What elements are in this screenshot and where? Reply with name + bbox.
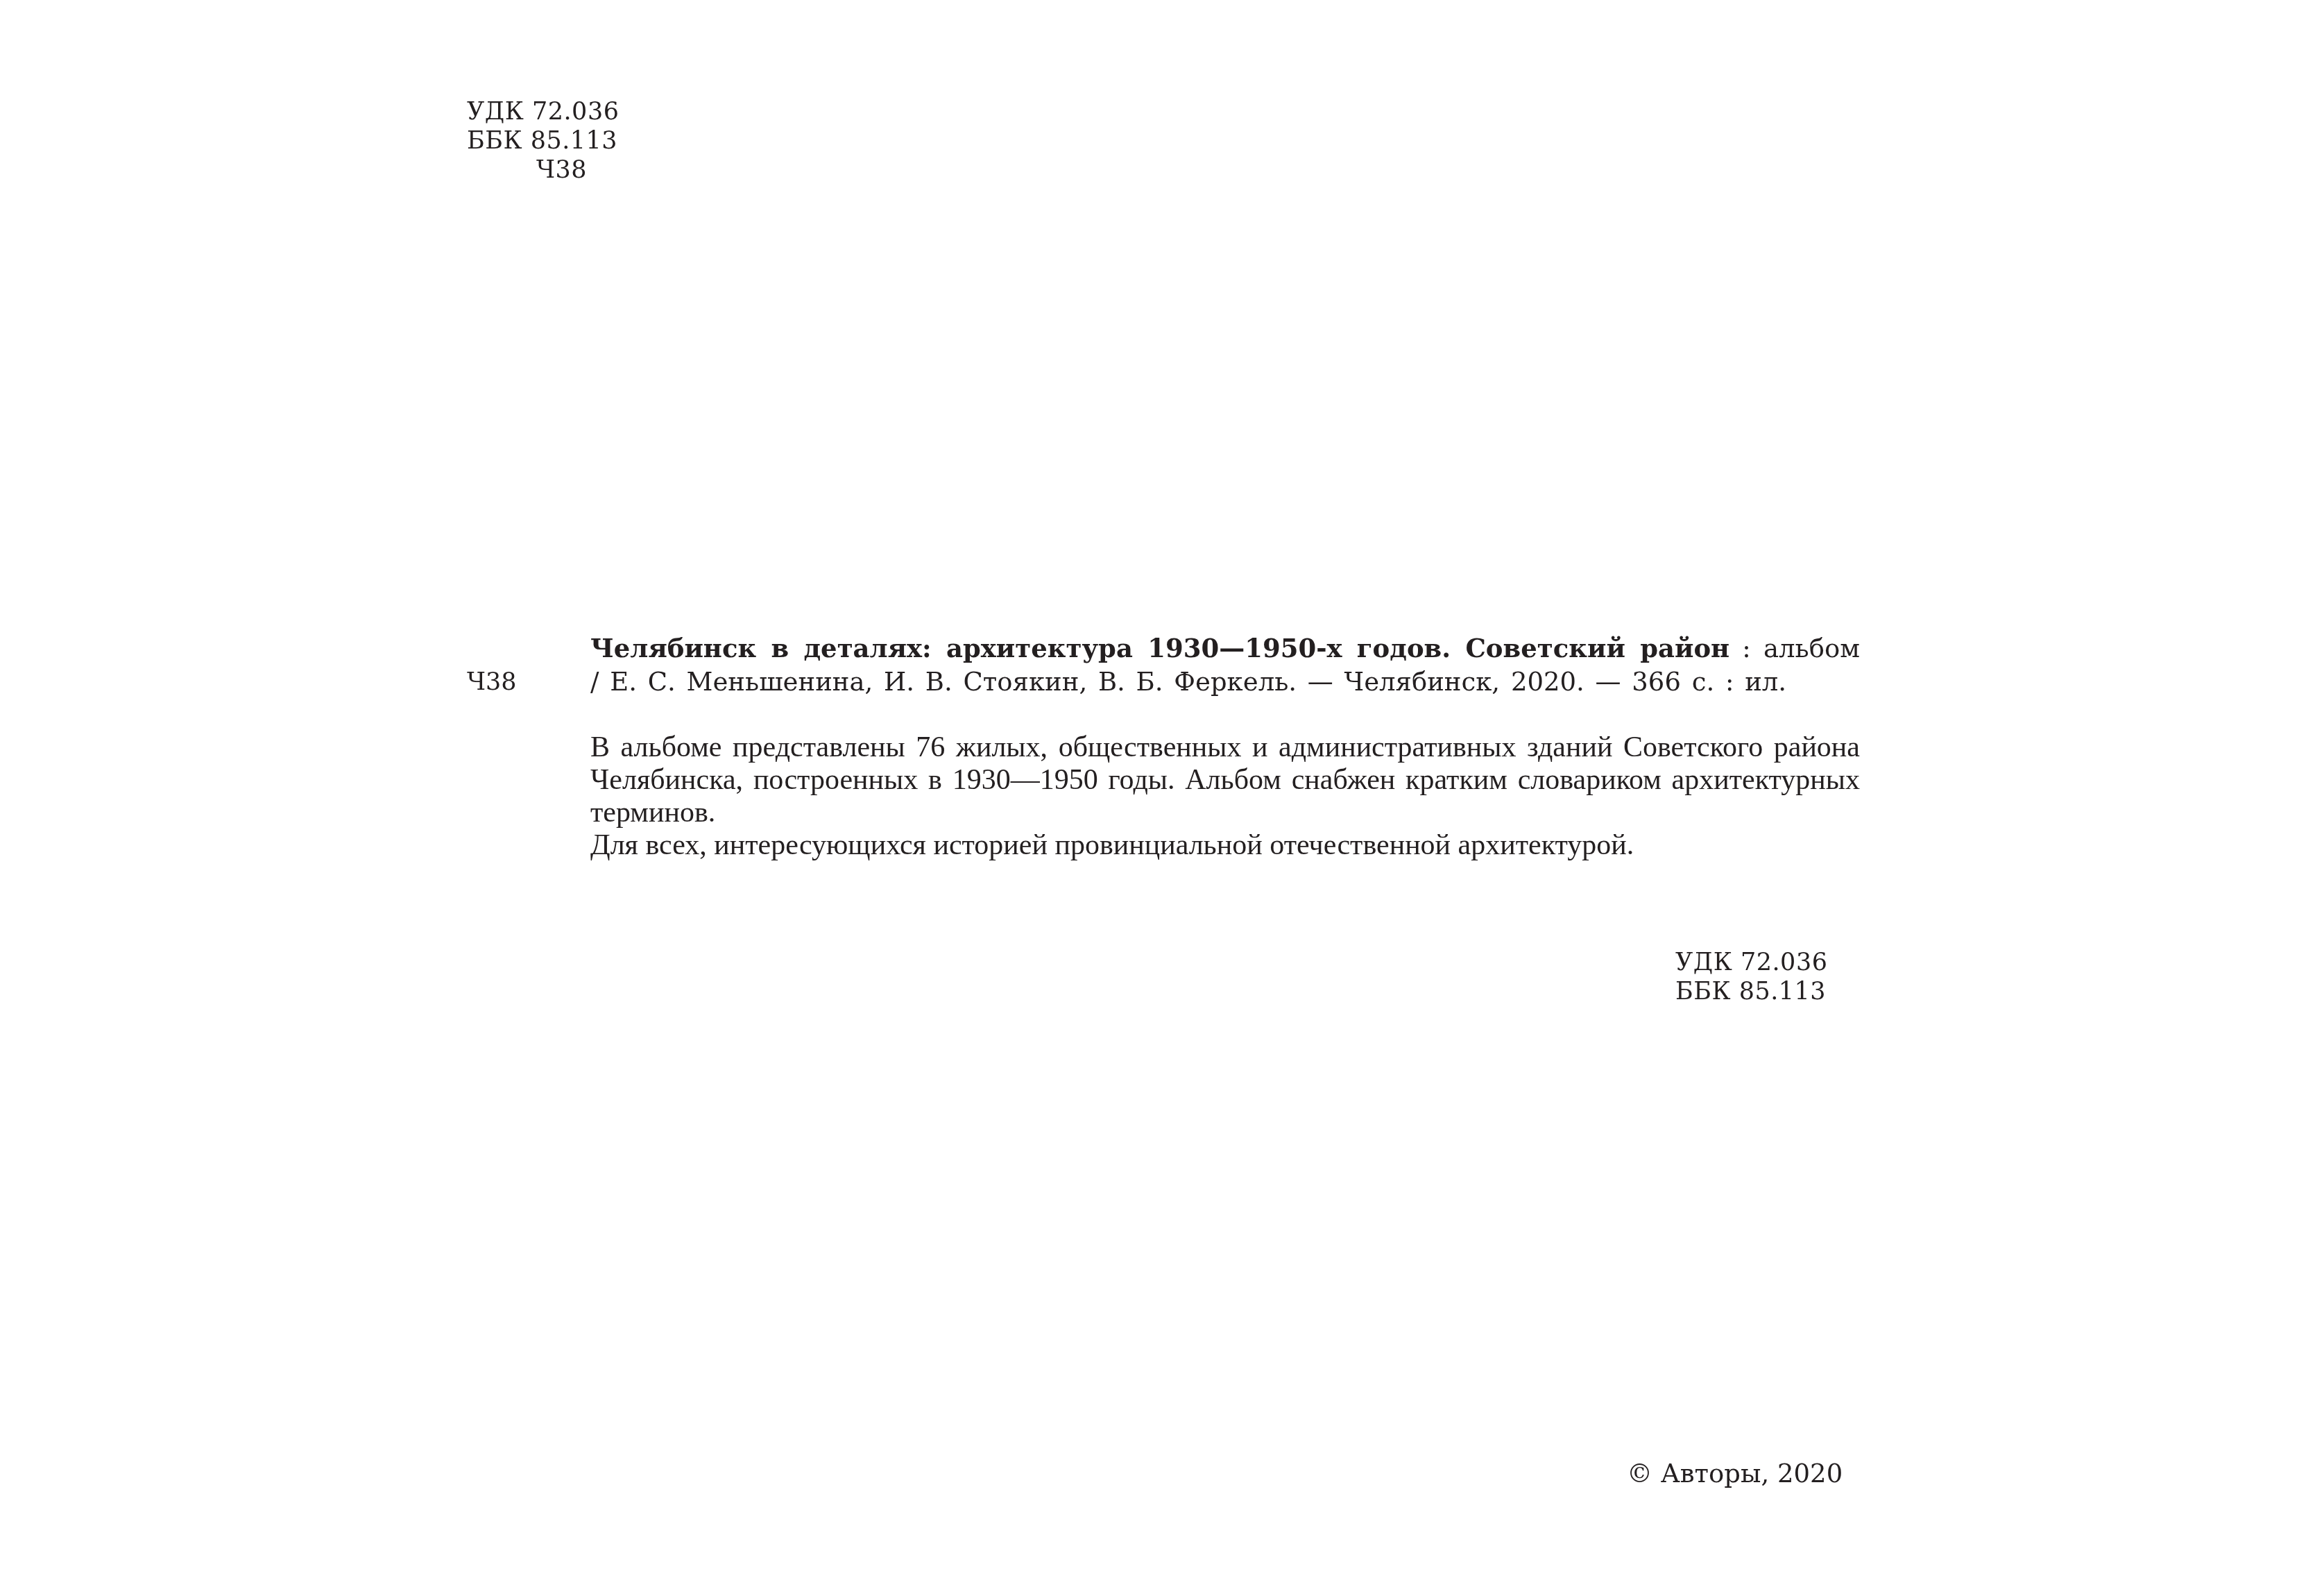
catalog-card-author-mark: Ч38 — [467, 668, 517, 697]
annotation-paragraph: В альбоме представлены 76 жилых, обществ… — [590, 731, 1860, 829]
classification-codes-bottom: УДК 72.036 ББК 85.113 — [1675, 948, 1827, 1006]
audience-note: Для всех, интересующихся историей провин… — [590, 829, 1860, 862]
catalog-card: Челябинск в деталях: архитектура 1930—19… — [590, 631, 1860, 862]
bbk-code: ББК 85.113 — [467, 126, 619, 155]
classification-codes-top: УДК 72.036 ББК 85.113 Ч38 — [467, 97, 619, 185]
udk-code: УДК 72.036 — [467, 97, 619, 126]
annotation: В альбоме представлены 76 жилых, обществ… — [590, 731, 1860, 862]
udk-code: УДК 72.036 — [1675, 948, 1827, 977]
book-title: Челябинск в деталях: архитектура 1930—19… — [590, 633, 1729, 663]
bbk-code: ББК 85.113 — [1675, 977, 1827, 1006]
copyright-notice: © Авторы, 2020 — [1627, 1459, 1843, 1489]
imprint-page: УДК 72.036 ББК 85.113 Ч38 Ч38 Челябинск … — [0, 0, 2324, 1596]
author-mark: Ч38 — [467, 155, 619, 185]
bibliographic-entry: Челябинск в деталях: архитектура 1930—19… — [590, 631, 1860, 699]
